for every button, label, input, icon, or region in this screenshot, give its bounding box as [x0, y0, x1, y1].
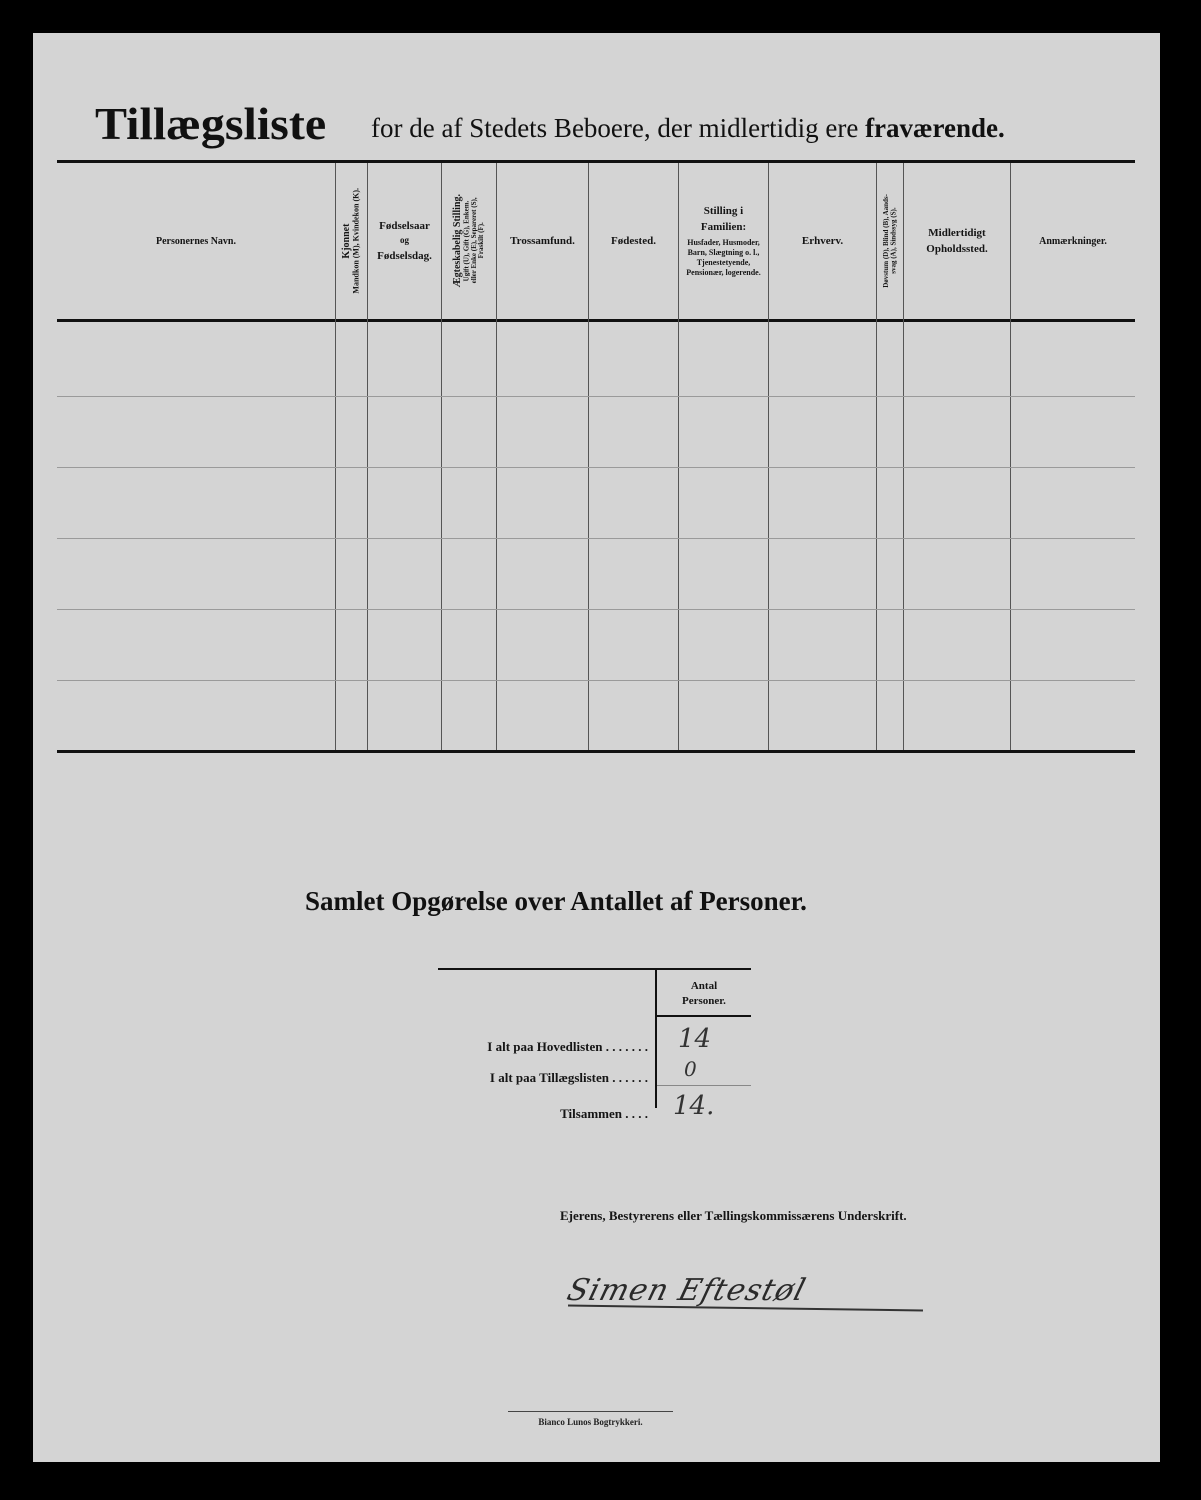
- header-label: Fødested.: [611, 235, 656, 247]
- header-label: Ægteskabelig Stilling. Ugift (U), Gift (…: [453, 194, 486, 287]
- summary-label-tilsammen: Tilsammen . . . .: [418, 1106, 648, 1122]
- header-label-title: Stilling i Familien:: [689, 204, 759, 235]
- header-label-line: Fraskilt (F).: [478, 194, 485, 287]
- header-kjonnet: Kjonnet Mandkon (M), Kvindekon (K).: [336, 163, 367, 319]
- form-subtitle: for de af Stedets Beboere, der midlertid…: [371, 113, 1005, 144]
- header-label: Kjonnet Mandkon (M), Kvindekon (K).: [342, 188, 361, 294]
- header-label-line: Fødselsdag.: [377, 248, 432, 265]
- subtitle-emphasis: fraværende.: [865, 113, 1005, 143]
- row-divider: [57, 609, 1135, 610]
- census-form-page: Tillægsliste for de af Stedets Beboere, …: [33, 33, 1160, 1462]
- signature-caption: Ejerens, Bestyrerens eller Tællingskommi…: [560, 1208, 907, 1224]
- row-divider: [57, 680, 1135, 681]
- header-label-line: og: [400, 234, 409, 248]
- header-personernes-navn: Personernes Navn.: [57, 163, 335, 319]
- header-label: Døvstum (D), Blind (B), Aands- svag (A),…: [883, 194, 898, 288]
- header-label: Trossamfund.: [510, 235, 575, 247]
- header-label-line: Opholdssted.: [926, 241, 987, 258]
- summary-value-tillaegslisten: 0: [684, 1057, 697, 1081]
- header-stilling-i-familien: Stilling i Familien: Husfader, Husmoder,…: [679, 163, 768, 319]
- summary-value-hovedlisten: 14: [678, 1024, 711, 1054]
- summary-header-line: Personer.: [682, 994, 726, 1009]
- header-label: Erhverv.: [802, 235, 843, 247]
- header-trossamfund: Trossamfund.: [497, 163, 588, 319]
- header-bottom-rule: [57, 319, 1135, 322]
- header-fodselsaar: Fødselsaar og Fødselsdag.: [368, 163, 441, 319]
- subtitle-text: for de af Stedets Beboere, der midlertid…: [371, 113, 858, 143]
- header-label-line: Midlertidigt: [928, 225, 985, 242]
- header-fodested: Fødested.: [589, 163, 678, 319]
- summary-total-rule: [657, 1085, 751, 1086]
- summary-label-tillaegslisten: I alt paa Tillægslisten . . . . . .: [418, 1070, 648, 1086]
- table-bottom-rule: [57, 750, 1135, 753]
- summary-value-tilsammen: 14.: [673, 1091, 714, 1121]
- signature: Simen Eftestøl: [568, 1273, 928, 1313]
- printer-rule: [508, 1411, 673, 1412]
- header-erhverv: Erhverv.: [769, 163, 876, 319]
- summary-title: Samlet Opgørelse over Antallet af Person…: [305, 886, 807, 917]
- summary-header-line: Antal: [691, 979, 717, 994]
- header-label-detail: Husfader, Husmoder, Barn, Slægtning o. l…: [682, 238, 766, 278]
- printer-credit: Bianco Lunos Bogtrykkeri.: [508, 1417, 673, 1427]
- summary-label-hovedlisten: I alt paa Hovedlisten . . . . . . .: [418, 1039, 648, 1055]
- header-label-line: Mandkon (M), Kvindekon (K).: [353, 188, 361, 294]
- row-divider: [57, 467, 1135, 468]
- header-dovstum: Døvstum (D), Blind (B), Aands- svag (A),…: [877, 163, 903, 319]
- summary-top-rule: [438, 968, 751, 970]
- summary-header-rule: [657, 1015, 751, 1017]
- row-divider: [57, 396, 1135, 397]
- summary-column-header: Antal Personer.: [657, 976, 751, 1012]
- form-title: Tillægsliste: [95, 98, 326, 150]
- row-divider: [57, 538, 1135, 539]
- header-aegteskabelig-stilling: Ægteskabelig Stilling. Ugift (U), Gift (…: [442, 163, 496, 319]
- signature-handwriting: Simen Eftestøl: [563, 1273, 932, 1308]
- header-label: Personernes Navn.: [156, 236, 236, 247]
- header-label-line: Fødselsaar: [379, 218, 430, 235]
- header-anmaerkninger: Anmærkninger.: [1011, 163, 1135, 319]
- header-label-line: svag (A), Sindssyg (S).: [890, 194, 897, 288]
- header-midlertidigt-opholdssted: Midlertidigt Opholdssted.: [904, 163, 1010, 319]
- header-label: Anmærkninger.: [1039, 236, 1107, 247]
